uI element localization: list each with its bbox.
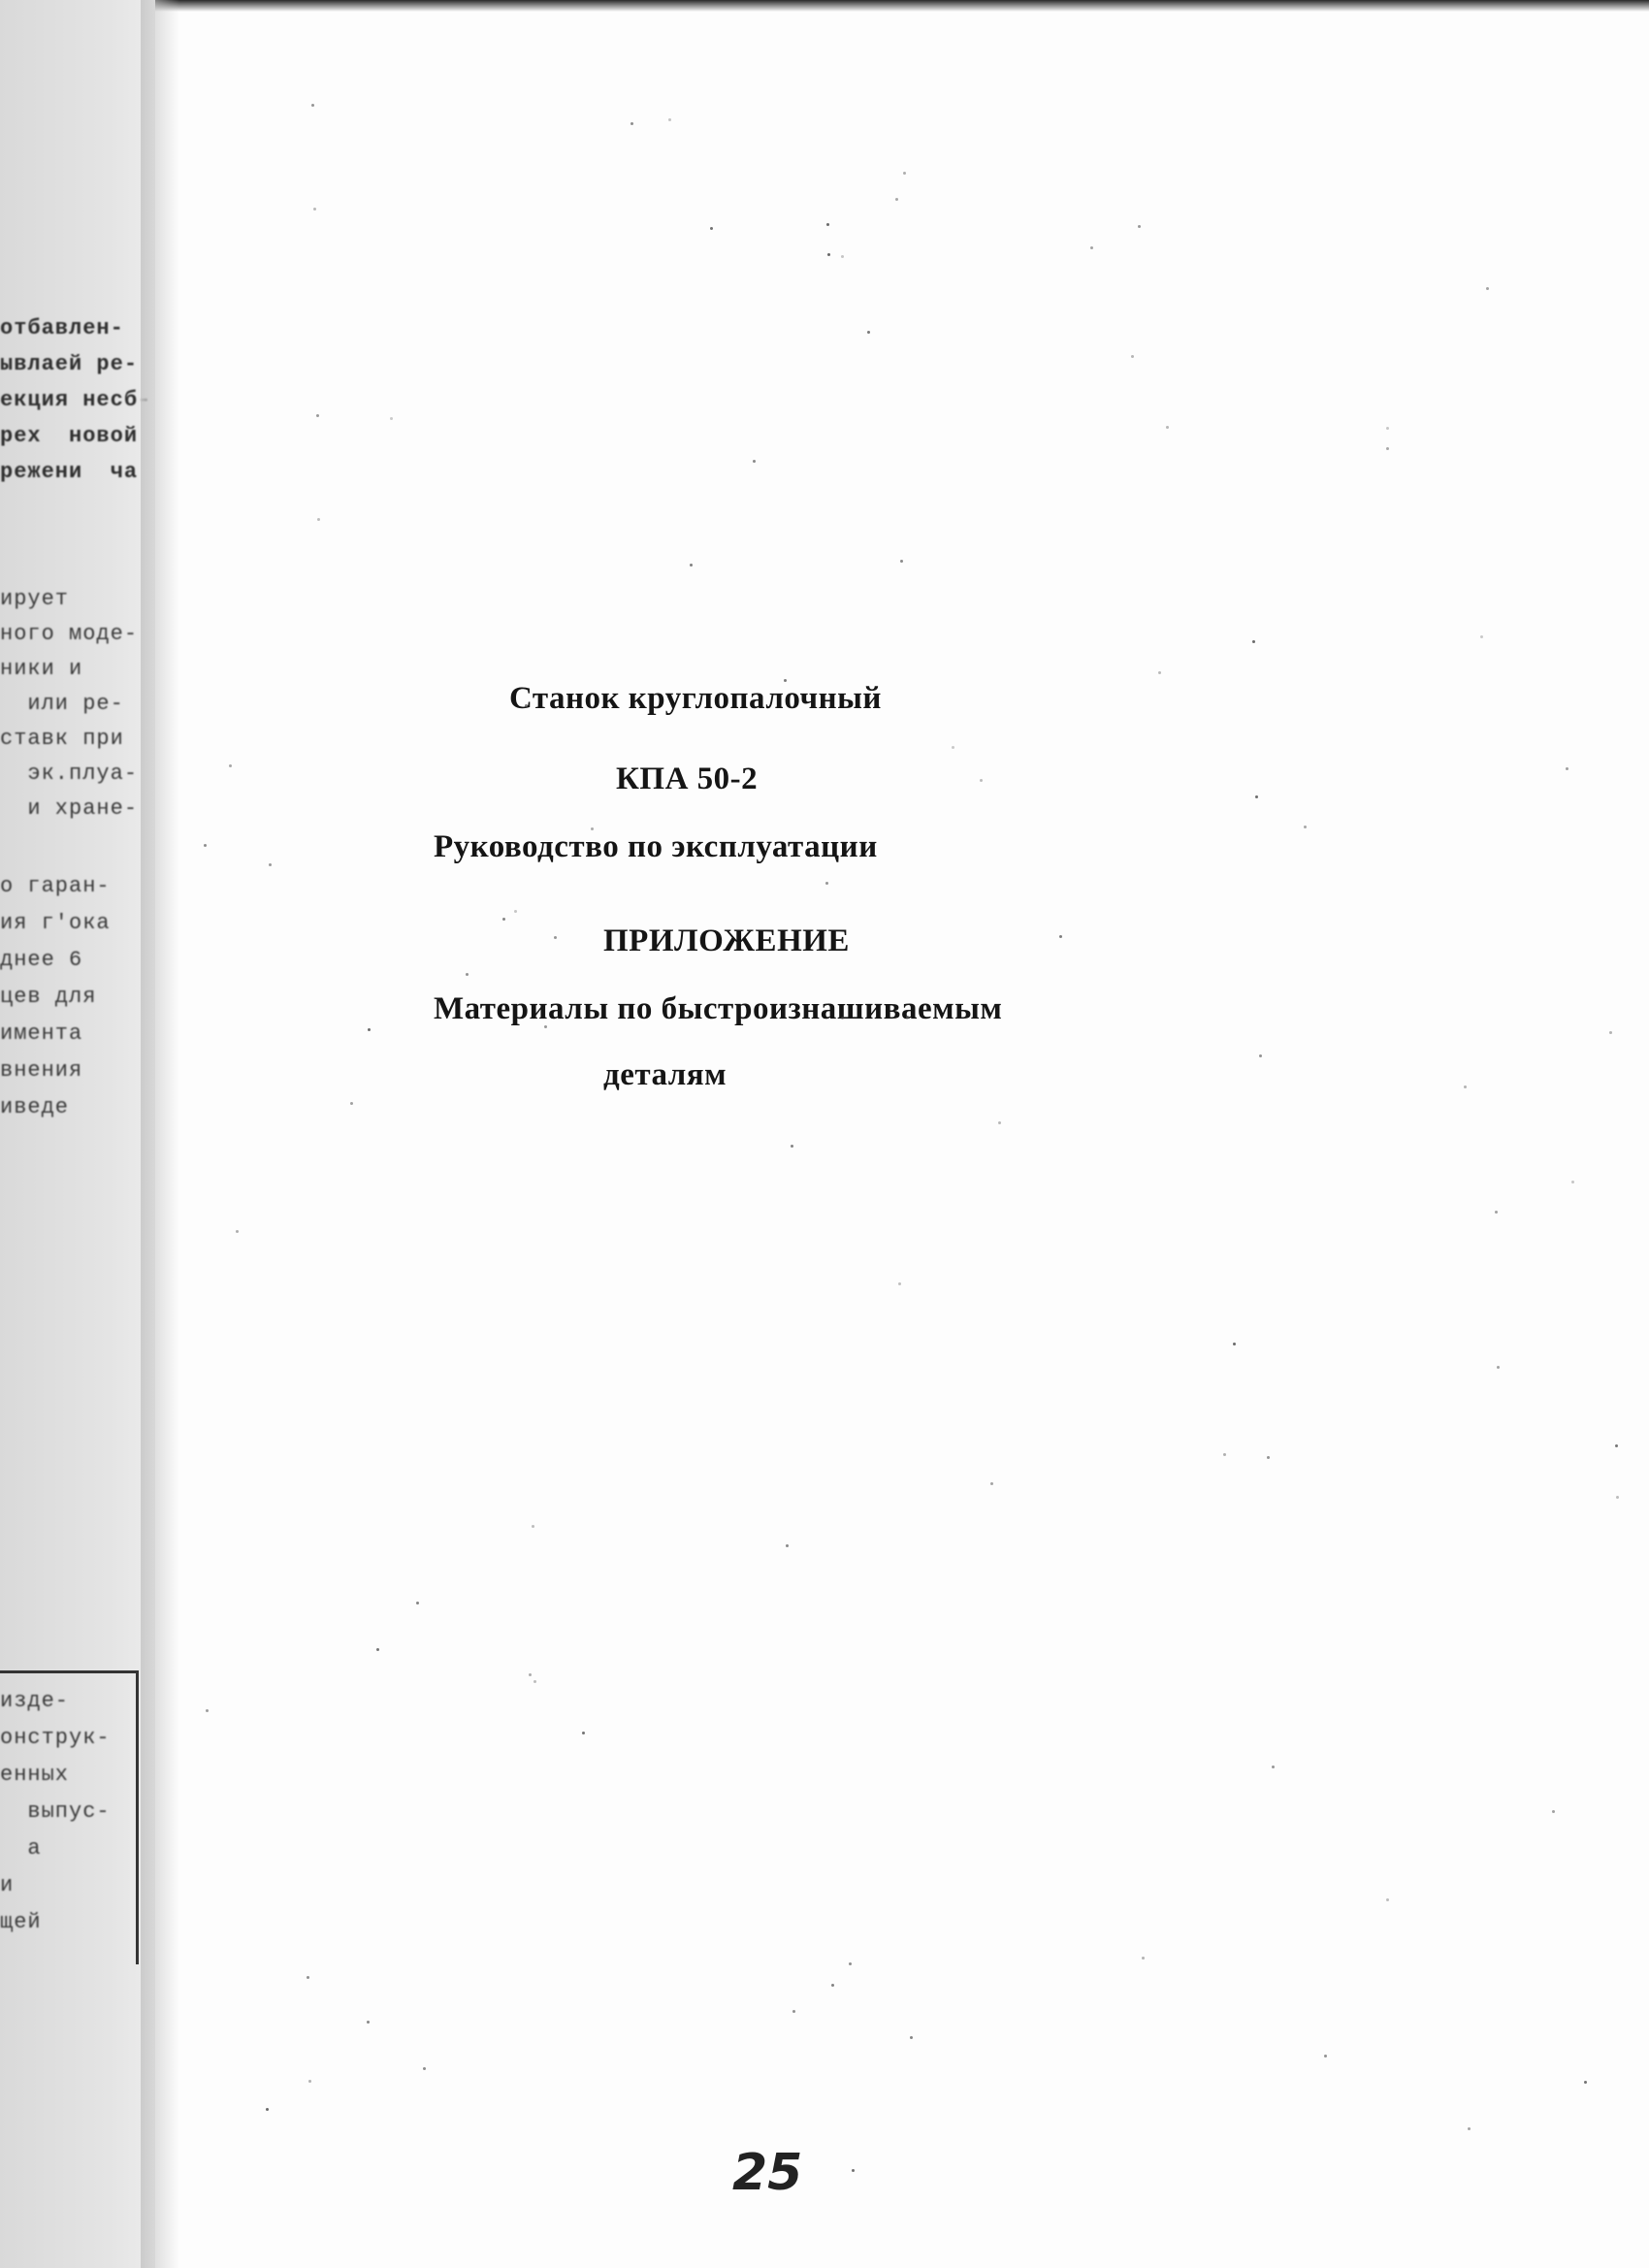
scan-speck <box>1267 1456 1270 1459</box>
scan-speck <box>826 223 829 226</box>
scan-speck <box>1464 1085 1467 1088</box>
manual-title: Руководство по эксплуатации <box>434 829 878 865</box>
scan-speck <box>368 1028 371 1031</box>
scan-speck <box>1142 1957 1145 1960</box>
scan-speck <box>529 1673 532 1676</box>
model-code: КПА 50-2 <box>616 761 758 797</box>
appendix-subtitle-line1: Материалы по быстроизнашиваемым <box>434 991 1002 1027</box>
scan-speck <box>532 1525 534 1528</box>
appendix-heading: ПРИЛОЖЕНИЕ <box>603 923 850 959</box>
machine-name: Станок круглопалочный <box>509 681 882 717</box>
scan-speck <box>1468 2127 1471 2130</box>
scan-speck <box>525 704 528 707</box>
scan-speck <box>236 1230 239 1233</box>
scan-speck <box>316 414 319 417</box>
scan-speck <box>791 1145 793 1148</box>
scan-speck <box>849 1962 852 1965</box>
scan-speck <box>423 2067 426 2070</box>
scan-speck <box>784 679 787 682</box>
scan-speck <box>753 460 756 463</box>
title-page: Станок круглопалочный КПА 50-2 Руководст… <box>0 0 1649 2268</box>
scan-speck <box>367 2021 370 2024</box>
scan-speck <box>1566 767 1568 770</box>
page-number: 25 <box>732 2144 802 2202</box>
scan-speck <box>898 1282 901 1285</box>
scan-speck <box>229 764 232 767</box>
scan-speck <box>1386 427 1389 430</box>
scan-speck <box>895 198 898 201</box>
scan-speck <box>1255 795 1258 798</box>
scan-speck <box>825 882 828 885</box>
scan-speck <box>841 255 844 258</box>
scan-speck <box>416 1602 419 1604</box>
scan-speck <box>710 227 713 230</box>
scan-speck <box>308 2080 311 2083</box>
scan-speck <box>952 746 954 749</box>
scan-speck <box>1090 246 1093 249</box>
appendix-subtitle-line2: деталям <box>603 1057 727 1093</box>
scan-speck <box>1552 1810 1555 1813</box>
scan-speck <box>1259 1054 1262 1057</box>
scan-speck <box>313 208 316 211</box>
scan-speck <box>1609 1031 1612 1034</box>
scan-speck <box>269 863 272 866</box>
scan-speck <box>554 936 557 939</box>
